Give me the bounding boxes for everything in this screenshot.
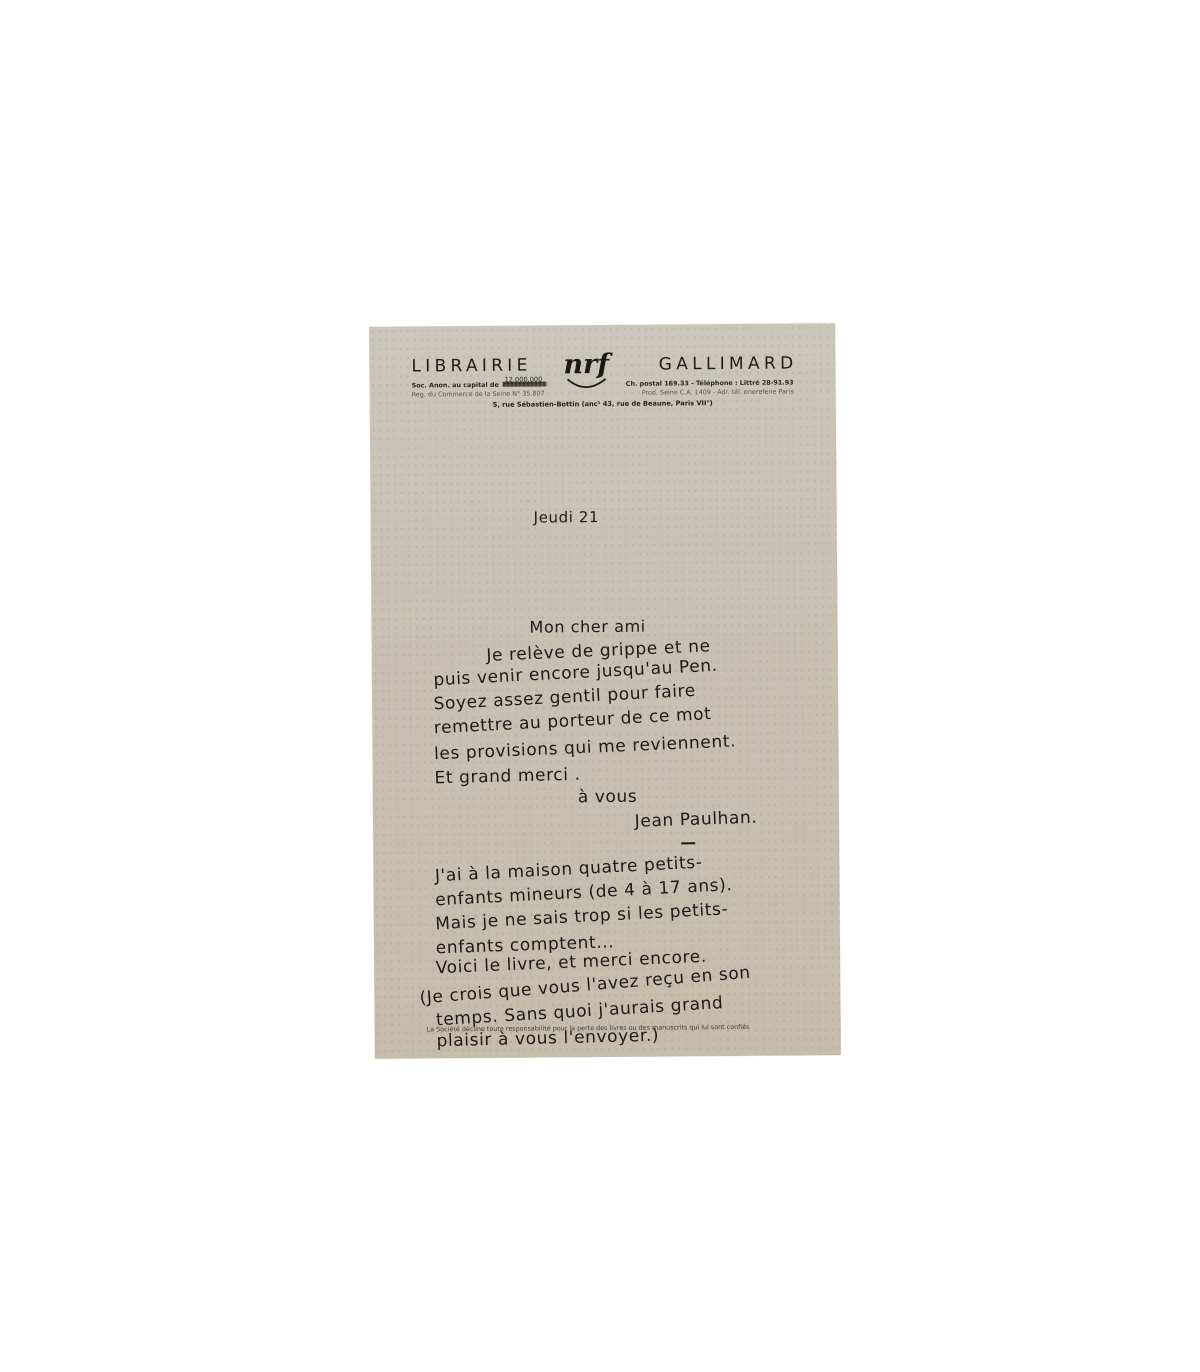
letterhead-address: 5, rue Sébastien-Bottin (anc¹ 43, rue de… [370, 398, 836, 410]
struck-out-amount [503, 381, 547, 386]
letter-date: Jeudi 21 [534, 508, 600, 527]
letterhead-title-row: LIBRAIRIE nrf GALLIMARD [411, 354, 793, 379]
letterhead-librairie: LIBRAIRIE [411, 356, 531, 377]
body-line: Et grand merci . [434, 765, 581, 789]
letterhead-prod: Prod. Seine C.A. 1409 - Adr. tél. eneref… [642, 388, 794, 397]
nrf-logo: nrf [559, 349, 623, 394]
letterhead-footer-note: La Société décline toute responsabilité … [427, 1023, 750, 1034]
signature: Jean Paulhan. [634, 808, 757, 832]
letter-sheet: LIBRAIRIE nrf GALLIMARD Soc. Anon. au ca… [369, 323, 841, 1059]
letterhead-gallimard: GALLIMARD [659, 353, 798, 374]
closing: à vous [578, 787, 638, 807]
signature-dash [681, 842, 695, 844]
salutation: Mon cher ami [529, 617, 645, 637]
letterhead-postal: Ch. postal 169.33 - Téléphone : Littré 2… [626, 379, 794, 388]
nrf-swash-icon [559, 349, 623, 394]
letterhead-capital: Soc. Anon. au capital de [412, 381, 499, 390]
body-line: les provisions qui me reviennent. [434, 731, 737, 764]
letterhead-registry: Reg. du Commerce de la Seine N° 35.807 [412, 389, 545, 398]
